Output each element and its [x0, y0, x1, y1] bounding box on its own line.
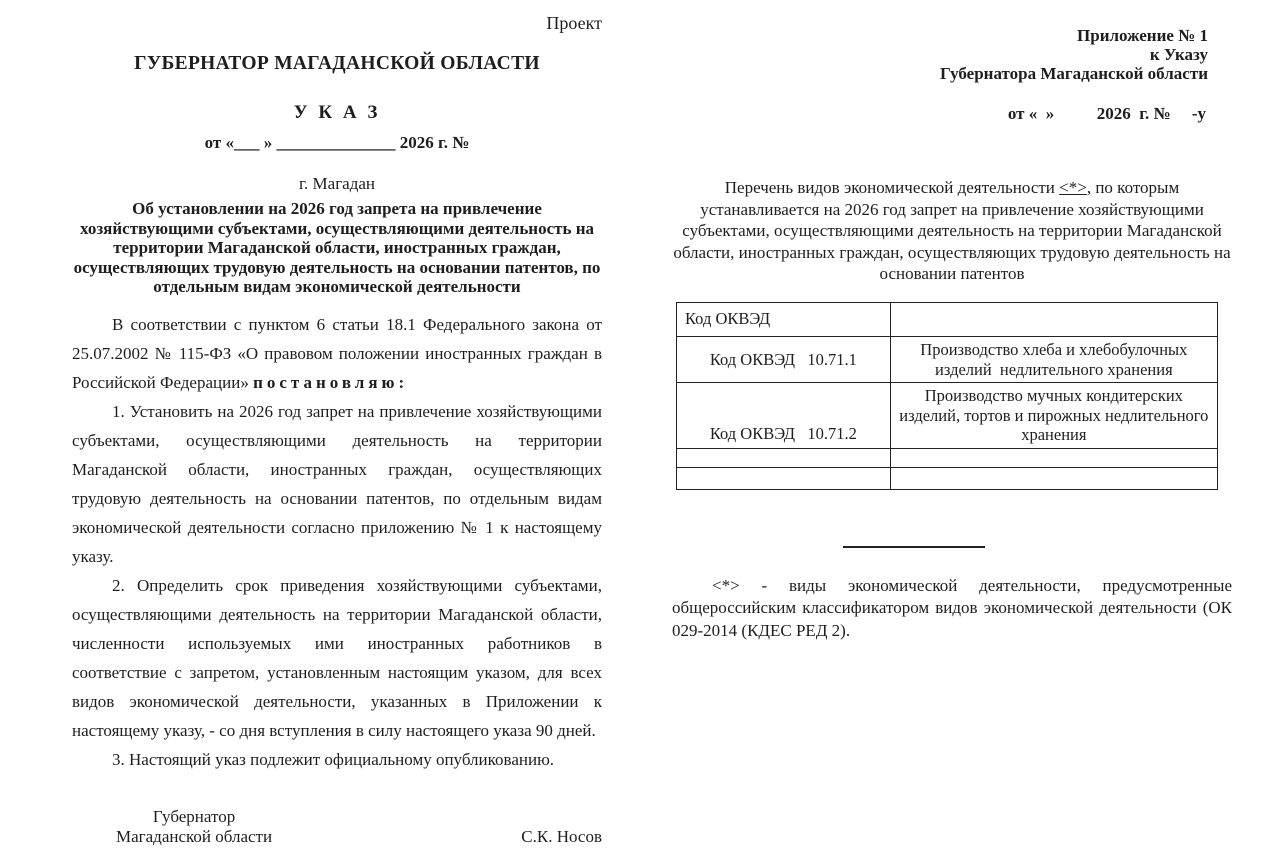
- signature-block: Губернатор Магаданской области С.К. Носо…: [72, 807, 602, 847]
- signer-position: Губернатор Магаданской области: [116, 807, 272, 847]
- annex-page: Приложение № 1 к Указу Губернатора Магад…: [672, 0, 1232, 642]
- table-cell-code: [677, 448, 891, 467]
- table-header-row: Код ОКВЭД: [677, 302, 1218, 337]
- table-header-desc: [890, 302, 1217, 337]
- decree-page: Проект ГУБЕРНАТОР МАГАДАНСКОЙ ОБЛАСТИ У …: [72, 0, 602, 847]
- table-row-empty: [677, 467, 1218, 489]
- decree-item-3: 3. Настоящий указ подлежит официальному …: [72, 745, 602, 774]
- preamble-paragraph: В соответствии с пунктом 6 статьи 18.1 Ф…: [72, 310, 602, 397]
- signer-position-line1: Губернатор: [116, 807, 272, 827]
- table-row: Код ОКВЭД 10.71.2 Производство мучных ко…: [677, 383, 1218, 449]
- table-header-code: Код ОКВЭД: [677, 302, 891, 337]
- table-cell-desc: Производство хлеба и хлебобулочных издел…: [890, 337, 1217, 383]
- table-cell-code: Код ОКВЭД 10.71.2: [677, 383, 891, 449]
- annex-header-line3: Губернатора Магаданской области: [672, 64, 1208, 83]
- table-row: Код ОКВЭД 10.71.1 Производство хлеба и х…: [677, 337, 1218, 383]
- annex-header-line2: к Указу: [672, 45, 1208, 64]
- draft-label: Проект: [72, 13, 602, 34]
- decree-item-2: 2. Определить срок приведения хозяйствую…: [72, 571, 602, 745]
- table-row-empty: [677, 448, 1218, 467]
- annex-date-line: от « » 2026 г. № -у: [672, 104, 1232, 124]
- signer-position-line2: Магаданской области: [116, 827, 272, 847]
- annex-intro-before: Перечень видов экономической деятельност…: [725, 178, 1059, 197]
- doc-type-heading: У К А З: [72, 102, 602, 124]
- okved-table: Код ОКВЭД Код ОКВЭД 10.71.1 Производство…: [676, 302, 1218, 490]
- resolve-word: постановляю:: [253, 373, 408, 392]
- city-line: г. Магадан: [72, 174, 602, 194]
- decree-item-1: 1. Установить на 2026 год запрет на прив…: [72, 397, 602, 571]
- annex-intro: Перечень видов экономической деятельност…: [672, 177, 1232, 285]
- table-cell-code: [677, 467, 891, 489]
- org-title: ГУБЕРНАТОР МАГАДАНСКОЙ ОБЛАСТИ: [72, 53, 602, 75]
- annex-header-line1: Приложение № 1: [672, 26, 1208, 45]
- annex-header: Приложение № 1 к Указу Губернатора Магад…: [672, 26, 1232, 83]
- footnote-marker-ref: <*>: [1059, 178, 1087, 197]
- table-cell-desc: [890, 467, 1217, 489]
- footnote-text: <*> - виды экономической деятельности, п…: [672, 575, 1232, 643]
- signer-name: С.К. Носов: [521, 827, 602, 847]
- table-cell-code: Код ОКВЭД 10.71.1: [677, 337, 891, 383]
- decree-date-line: от «___ » ______________ 2026 г. №: [72, 133, 602, 153]
- decree-title: Об установлении на 2026 год запрета на п…: [72, 199, 602, 297]
- footnote-separator: [843, 546, 985, 548]
- table-cell-desc: Производство мучных кондитерских изделий…: [890, 383, 1217, 449]
- table-cell-desc: [890, 448, 1217, 467]
